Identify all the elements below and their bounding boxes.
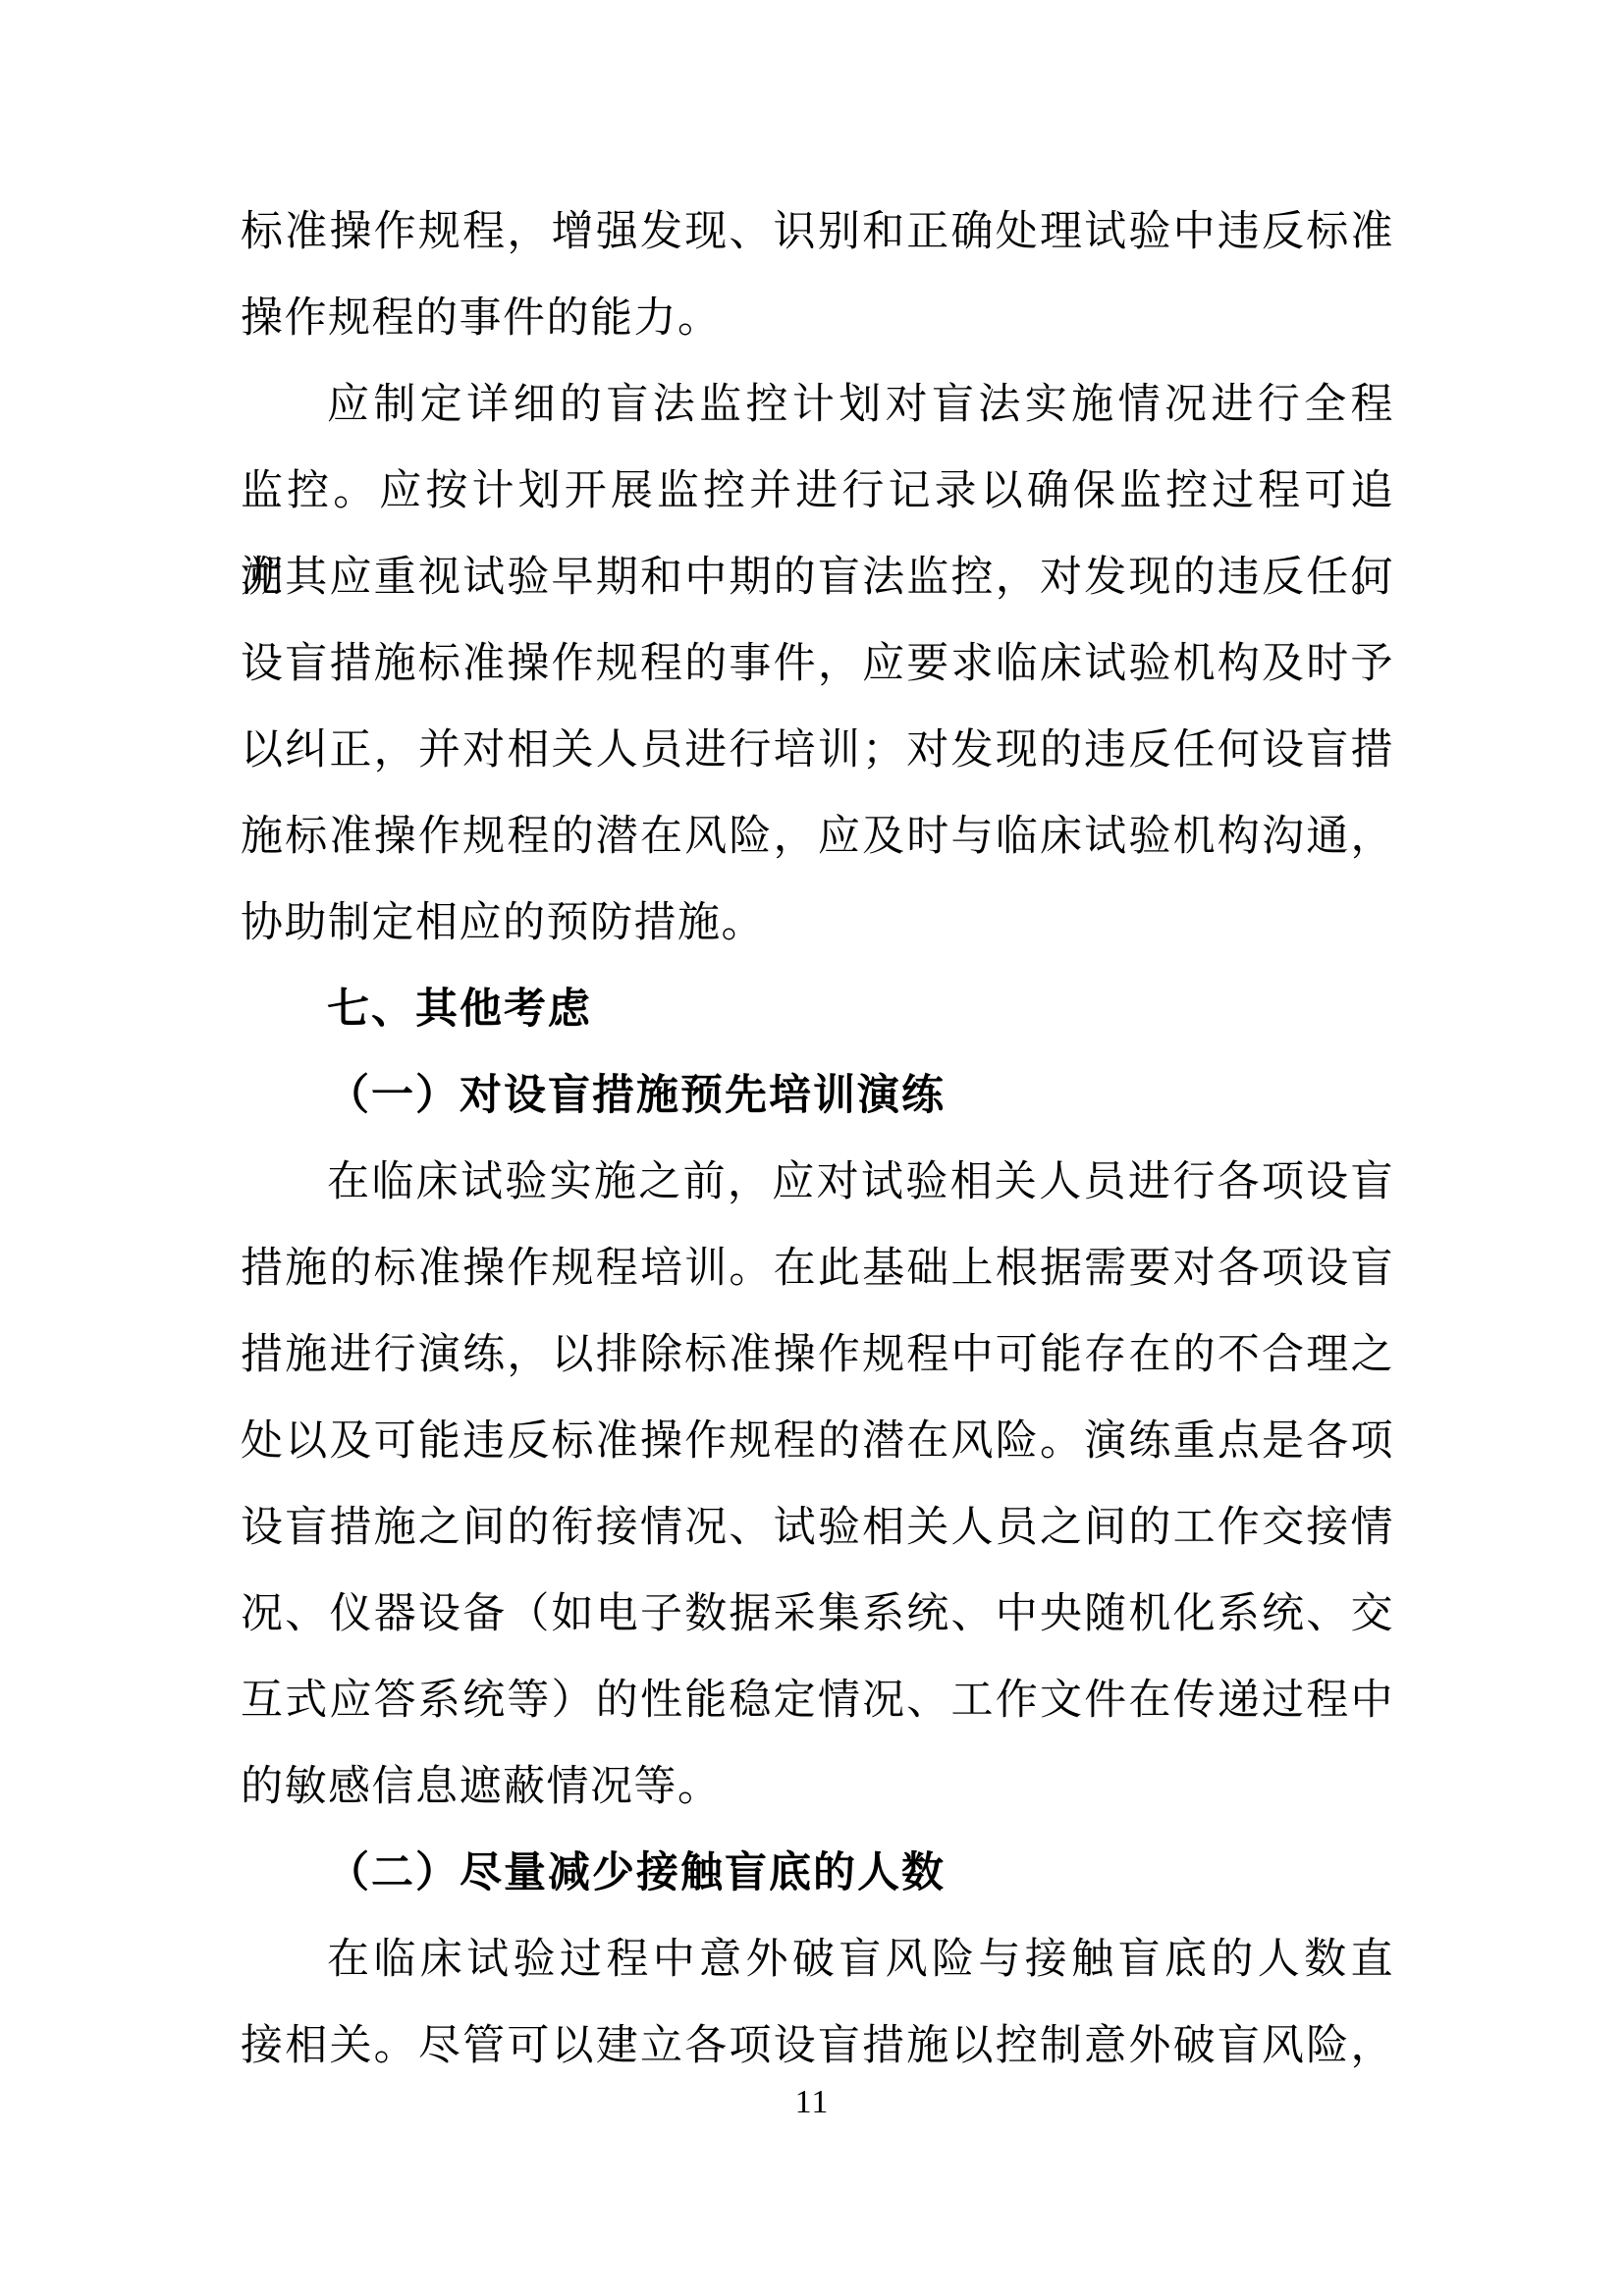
body-line: 在临床试验过程中意外破盲风险与接触盲底的人数直 xyxy=(241,1917,1394,2003)
body-line: 施标准操作规程的潜在风险，应及时与临床试验机构沟通， xyxy=(241,794,1394,881)
section-heading: 七、其他考虑 xyxy=(241,967,1394,1053)
body-line: 以纠正，并对相关人员进行培训；对发现的违反任何设盲措 xyxy=(241,708,1394,794)
body-line: 设盲措施之间的衔接情况、试验相关人员之间的工作交接情 xyxy=(241,1485,1394,1572)
body-line: 互式应答系统等）的性能稳定情况、工作文件在传递过程中 xyxy=(241,1658,1394,1744)
body-line: 标准操作规程，增强发现、识别和正确处理试验中违反标准 xyxy=(241,189,1394,276)
body-line: 应制定详细的盲法监控计划对盲法实施情况进行全程 xyxy=(241,362,1394,449)
body-line: 监控。应按计划开展监控并进行记录以确保监控过程可追溯。 xyxy=(241,449,1394,535)
page-number: 11 xyxy=(0,2083,1624,2122)
body-line: 操作规程的事件的能力。 xyxy=(241,276,1394,362)
body-line: 的敏感信息遮蔽情况等。 xyxy=(241,1744,1394,1831)
body-line: 处以及可能违反标准操作规程的潜在风险。演练重点是各项 xyxy=(241,1399,1394,1485)
text-content: 标准操作规程，增强发现、识别和正确处理试验中违反标准 操作规程的事件的能力。 应… xyxy=(241,189,1394,2090)
body-line: 设盲措施标准操作规程的事件，应要求临床试验机构及时予 xyxy=(241,621,1394,708)
body-line: 协助制定相应的预防措施。 xyxy=(241,881,1394,967)
body-line: 况、仪器设备（如电子数据采集系统、中央随机化系统、交 xyxy=(241,1572,1394,1658)
body-line: 在临床试验实施之前，应对试验相关人员进行各项设盲 xyxy=(241,1140,1394,1226)
subsection-heading: （二）尽量减少接触盲底的人数 xyxy=(241,1831,1394,1917)
body-line: 尤其应重视试验早期和中期的盲法监控，对发现的违反任何 xyxy=(241,535,1394,621)
body-line: 接相关。尽管可以建立各项设盲措施以控制意外破盲风险， xyxy=(241,2003,1394,2090)
body-line: 措施进行演练，以排除标准操作规程中可能存在的不合理之 xyxy=(241,1312,1394,1399)
subsection-heading: （一）对设盲措施预先培训演练 xyxy=(241,1053,1394,1140)
document-page: 标准操作规程，增强发现、识别和正确处理试验中违反标准 操作规程的事件的能力。 应… xyxy=(0,0,1624,2296)
body-line: 措施的标准操作规程培训。在此基础上根据需要对各项设盲 xyxy=(241,1226,1394,1312)
